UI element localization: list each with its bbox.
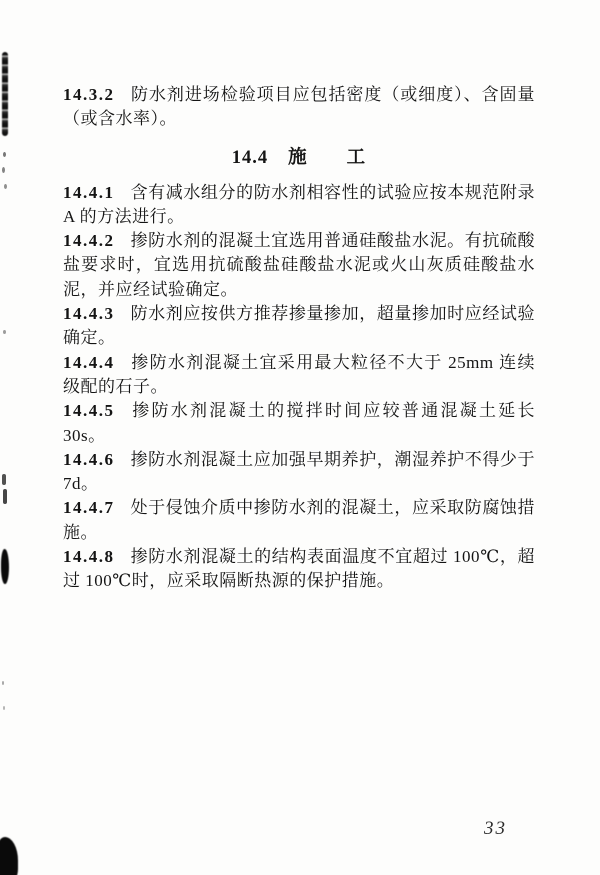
clause-text: 掺防水剂的混凝土宜选用普通硅酸盐水泥。有抗硫酸盐要求时，宜选用抗硫酸盐硅酸盐水泥… xyxy=(63,231,535,299)
scan-artifact-dot xyxy=(2,167,5,173)
clause-text: 含有减水组分的防水剂相容性的试验应按本规范附录 A 的方法进行。 xyxy=(63,183,535,226)
scan-artifact-dot xyxy=(3,152,6,157)
clause-number: 14.4.3 xyxy=(63,304,115,323)
clause-14-4-8: 14.4.8掺防水剂混凝土的结构表面温度不宜超过 100℃，超过 100℃时，应… xyxy=(63,545,535,594)
scan-artifact-blob xyxy=(1,549,9,584)
clause-text: 掺防水剂混凝土宜采用最大粒径不大于 25mm 连续级配的石子。 xyxy=(63,353,535,396)
clause-number: 14.4.6 xyxy=(63,450,115,469)
clause-text: 掺防水剂混凝土应加强早期养护，潮湿养护不得少于 7d。 xyxy=(63,450,535,493)
scan-artifact-streak xyxy=(2,52,8,136)
section-heading-number: 14.4 xyxy=(232,148,268,168)
scan-artifact-mark xyxy=(2,474,6,485)
scan-artifact-dot xyxy=(3,706,5,710)
text-block: 14.3.2防水剂进场检验项目应包括密度（或细度）、含固量（或含水率）。 14.… xyxy=(63,83,535,594)
clause-14-3-2: 14.3.2防水剂进场检验项目应包括密度（或细度）、含固量（或含水率）。 xyxy=(63,83,535,132)
clause-14-4-4: 14.4.4掺防水剂混凝土宜采用最大粒径不大于 25mm 连续级配的石子。 xyxy=(63,351,535,400)
clause-number: 14.4.8 xyxy=(63,547,115,566)
clause-text: 掺防水剂混凝土的结构表面温度不宜超过 100℃，超过 100℃时，应采取隔断热源… xyxy=(63,547,535,590)
page-number: 33 xyxy=(484,818,507,840)
clause-number: 14.4.2 xyxy=(63,231,115,250)
scan-artifact-dot xyxy=(3,330,6,334)
clause-number: 14.4.7 xyxy=(63,498,115,517)
scan-artifact-mark xyxy=(3,489,7,504)
scan-artifact-corner-blot xyxy=(0,837,18,875)
section-heading: 14.4施 工 xyxy=(63,145,535,171)
clause-14-4-2: 14.4.2掺防水剂的混凝土宜选用普通硅酸盐水泥。有抗硫酸盐要求时，宜选用抗硫酸… xyxy=(63,229,535,302)
clause-number: 14.3.2 xyxy=(63,85,115,104)
scan-artifact-dot xyxy=(4,184,7,189)
clause-14-4-3: 14.4.3防水剂应按供方推荐掺量掺加，超量掺加时应经试验确定。 xyxy=(63,302,535,351)
clause-text: 掺防水剂混凝土的搅拌时间应较普通混凝土延长 30s。 xyxy=(63,401,535,444)
clause-14-4-5: 14.4.5掺防水剂混凝土的搅拌时间应较普通混凝土延长 30s。 xyxy=(63,399,535,448)
clause-14-4-1: 14.4.1含有减水组分的防水剂相容性的试验应按本规范附录 A 的方法进行。 xyxy=(63,181,535,230)
scan-artifact-dot xyxy=(2,681,4,685)
clause-14-4-6: 14.4.6掺防水剂混凝土应加强早期养护，潮湿养护不得少于 7d。 xyxy=(63,448,535,497)
clause-number: 14.4.4 xyxy=(63,353,115,372)
document-page: 14.3.2防水剂进场检验项目应包括密度（或细度）、含固量（或含水率）。 14.… xyxy=(0,0,600,875)
clause-text: 防水剂应按供方推荐掺量掺加，超量掺加时应经试验确定。 xyxy=(63,304,535,347)
clause-text: 处于侵蚀介质中掺防水剂的混凝土，应采取防腐蚀措施。 xyxy=(63,498,535,541)
section-heading-title: 施 工 xyxy=(288,148,366,168)
clause-text: 防水剂进场检验项目应包括密度（或细度）、含固量（或含水率）。 xyxy=(63,85,535,128)
clause-14-4-7: 14.4.7处于侵蚀介质中掺防水剂的混凝土，应采取防腐蚀措施。 xyxy=(63,496,535,545)
clause-number: 14.4.1 xyxy=(63,183,115,202)
clause-number: 14.4.5 xyxy=(63,401,115,420)
